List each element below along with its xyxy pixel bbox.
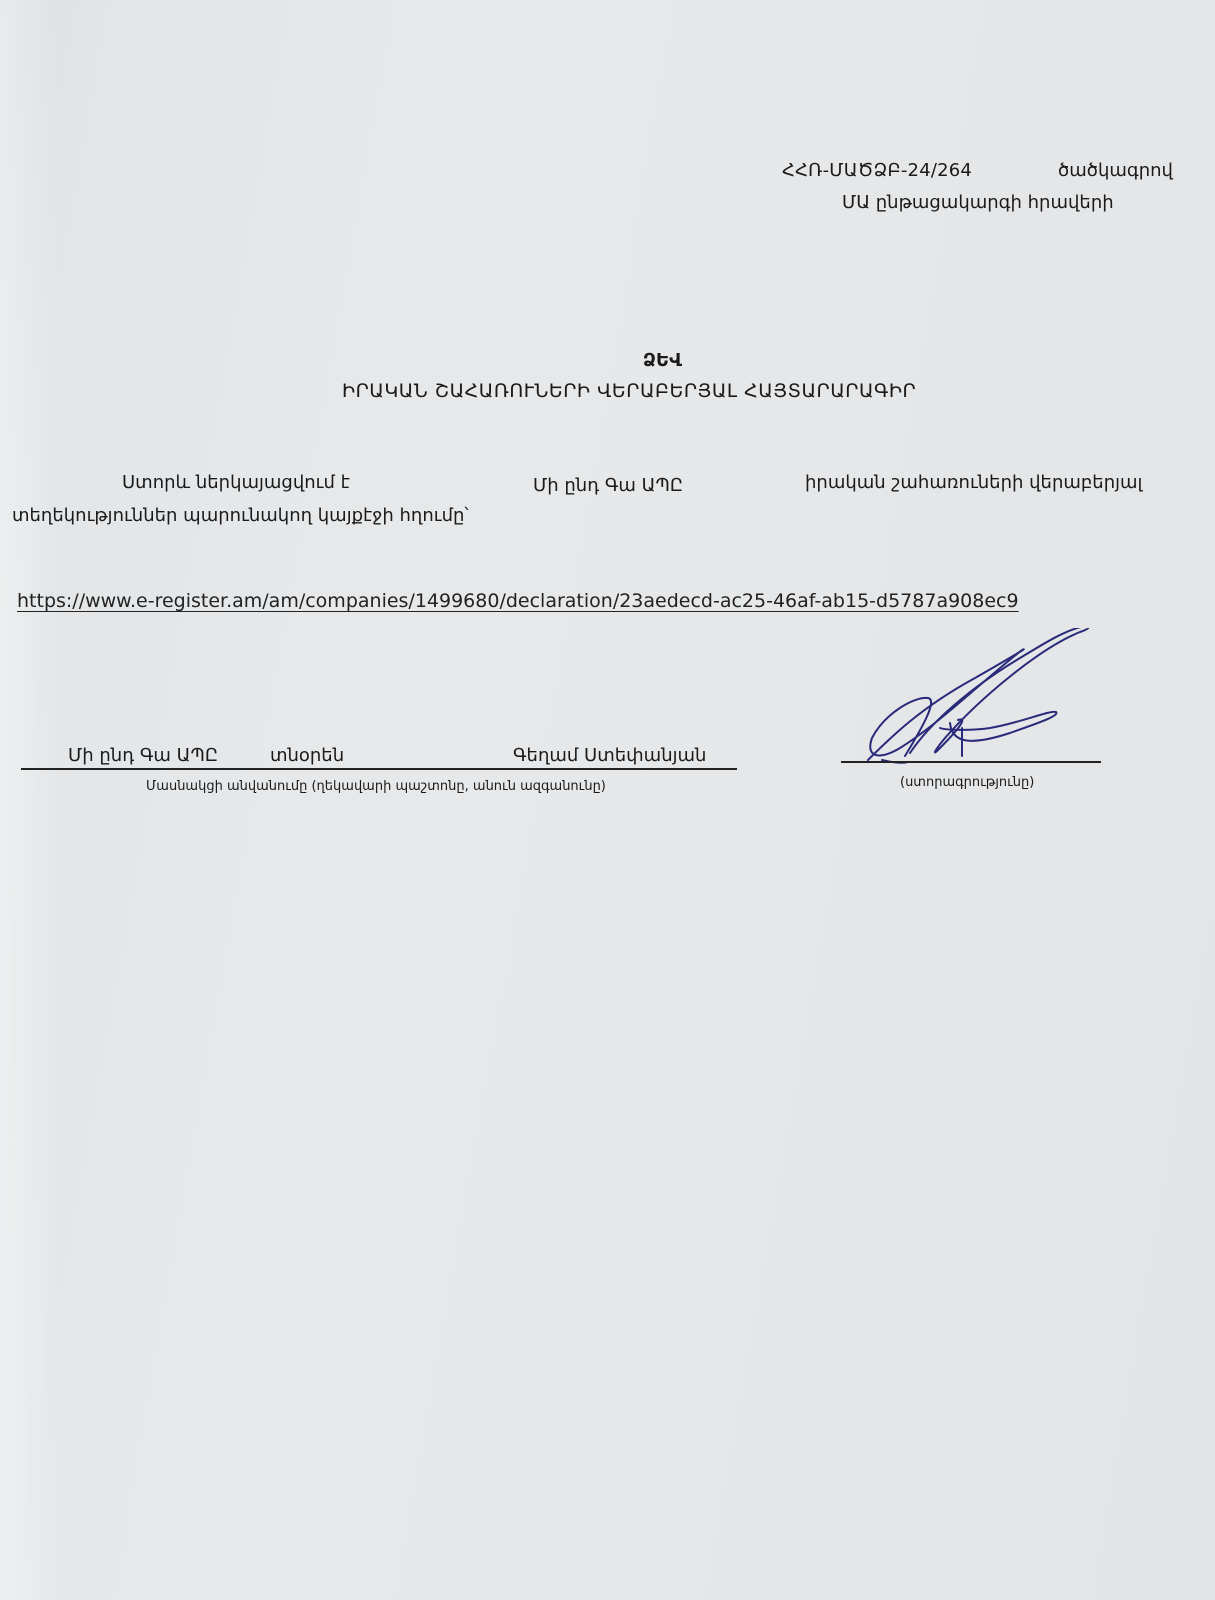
form-code-text: ՁԵՎ — [643, 350, 682, 371]
manager-position: տնօրեն — [270, 745, 344, 766]
declaration-link[interactable]: https://www.e-register.am/am/companies/1… — [17, 590, 1019, 612]
company-name: Մի ընդ Գա ԱՊԸ — [533, 475, 683, 496]
reference-subtitle: ՄԱ ընթացակարգի հրավերի — [842, 192, 1114, 213]
reference-suffix: ծածկագրով — [1058, 160, 1173, 181]
document-title: ԻՐԱԿԱՆ ՇԱՀԱՌՈՒՆԵՐԻ ՎԵՐԱԲԵՐՅԱԼ ՀԱՅՏԱՐԱՐԱԳ… — [342, 380, 916, 402]
form-code: ՁԵՎ — [0, 350, 1215, 371]
intro-text-part3: տեղեկություններ պարունակող կայքէջի հղում… — [12, 505, 469, 526]
intro-text-part2: իրական շահառուների վերաբերյալ — [805, 472, 1142, 493]
signature-icon — [860, 628, 1120, 773]
signature-caption: (ստորագրությունը) — [900, 775, 1034, 790]
intro-text-part1: Ստորև ներկայացվում է — [122, 472, 350, 493]
manager-name: Գեղամ Ստեփանյան — [513, 745, 706, 766]
signature-line — [841, 761, 1101, 763]
participant-name: Մի ընդ Գա ԱՊԸ — [68, 745, 218, 766]
paper-shade — [0, 0, 60, 1600]
participant-line — [21, 768, 737, 770]
participant-caption: Մասնակցի անվանումը (ղեկավարի պաշտոնը, ան… — [146, 779, 606, 794]
reference-code: ՀՀՌ-ՄԱԾՁԲ-24/264 — [782, 160, 972, 181]
